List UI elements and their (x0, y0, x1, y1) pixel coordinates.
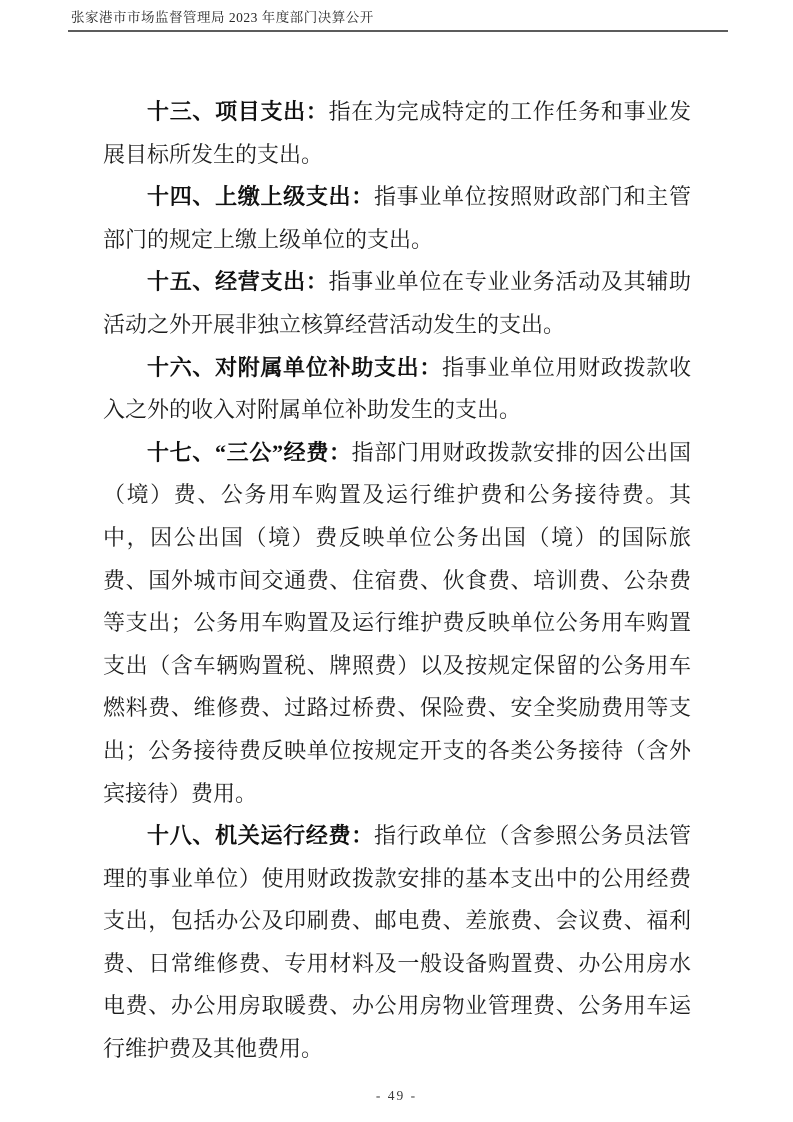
definition-paragraph: 十七、“三公”经费：指部门用财政拨款安排的因公出国（境）费、公务用车购置及运行维… (103, 432, 691, 815)
definition-paragraph: 十五、经营支出：指事业单位在专业业务活动及其辅助活动之外开展非独立核算经营活动发… (103, 261, 691, 346)
page-footer: - 49 - (0, 1087, 793, 1105)
document-page: 张家港市市场监督管理局 2023 年度部门决算公开 十三、项目支出：指在为完成特… (0, 0, 793, 1122)
term-definition: 指行政单位（含参照公务员法管理的事业单位）使用财政拨款安排的基本支出中的公用经费… (103, 823, 691, 1061)
term-label: 十六、对附属单位补助支出： (147, 355, 442, 380)
term-definition: 指部门用财政拨款安排的因公出国（境）费、公务用车购置及运行维护费和公务接待费。其… (103, 440, 691, 806)
document-body: 十三、项目支出：指在为完成特定的工作任务和事业发展目标所发生的支出。 十四、上缴… (103, 91, 691, 1071)
definition-paragraph: 十八、机关运行经费：指行政单位（含参照公务员法管理的事业单位）使用财政拨款安排的… (103, 815, 691, 1071)
header-title: 张家港市市场监督管理局 2023 年度部门决算公开 (68, 10, 728, 26)
term-label: 十三、项目支出： (147, 99, 329, 124)
definition-paragraph: 十三、项目支出：指在为完成特定的工作任务和事业发展目标所发生的支出。 (103, 91, 691, 176)
term-label: 十七、“三公”经费： (147, 440, 352, 465)
definition-paragraph: 十四、上缴上级支出：指事业单位按照财政部门和主管部门的规定上缴上级单位的支出。 (103, 176, 691, 261)
term-label: 十四、上缴上级支出： (147, 184, 374, 209)
page-number: - 49 - (376, 1088, 417, 1103)
term-label: 十八、机关运行经费： (147, 823, 374, 848)
definition-paragraph: 十六、对附属单位补助支出：指事业单位用财政拨款收入之外的收入对附属单位补助发生的… (103, 347, 691, 432)
term-label: 十五、经营支出： (147, 269, 329, 294)
page-header: 张家港市市场监督管理局 2023 年度部门决算公开 (68, 10, 728, 32)
